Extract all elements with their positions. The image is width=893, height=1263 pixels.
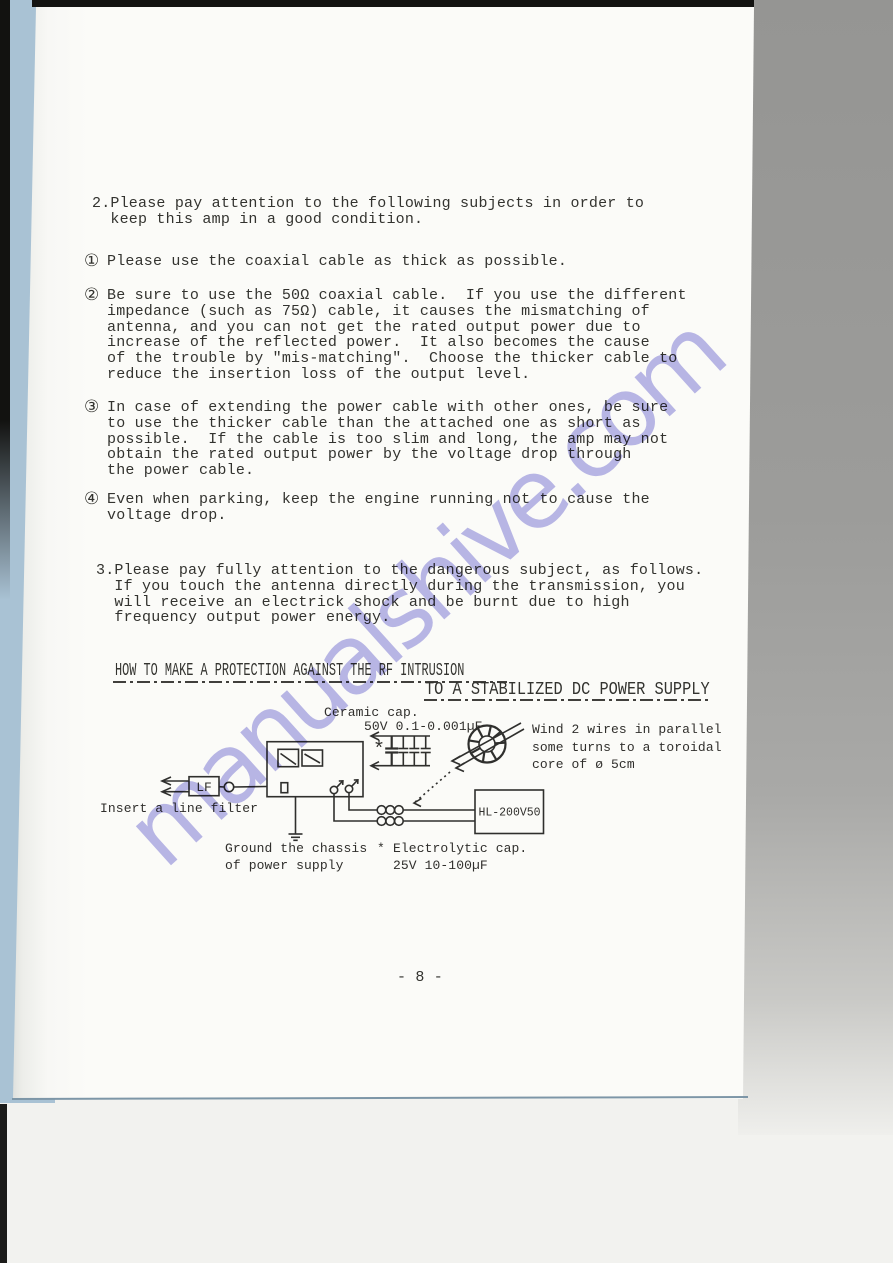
list-item-3: ③ In case of extending the power cable w… [84,400,668,479]
list-item-2-text: Be sure to use the 50Ω coaxial cable. If… [107,288,687,383]
power-supply-box [267,742,363,797]
page-number: - 8 - [397,970,443,986]
connector-icon [219,782,267,791]
list-item-1: ① Please use the coaxial cable as thick … [84,254,567,270]
amplifier-box: HL-200V50 [475,790,544,834]
circled-number-3: ③ [84,399,107,415]
lf-label: LF [196,780,212,795]
circled-number-2: ② [84,287,107,303]
section-3-text: Please pay fully attention to the danger… [114,563,703,626]
terminal-icon [345,780,358,793]
coil-icon [395,817,404,826]
list-item-4: ④ Even when parking, keep the engine run… [84,492,650,524]
ground-label: Ground the chassis of power supply [225,841,367,874]
terminal-icon [330,781,343,794]
list-item-1-text: Please use the coaxial cable as thick as… [107,254,567,270]
circled-number-1: ① [84,253,107,269]
pointer-line [414,772,450,807]
line-filter-box: LF [189,777,219,796]
list-item-3-text: In case of extending the power cable wit… [107,400,668,479]
scan-left-shadow [0,0,10,600]
ground-icon [289,797,303,841]
page-paper [0,7,754,1099]
electrolytic-label: * Electrolytic cap. 25V 10-100µF [377,841,527,874]
power-switch-icon [281,783,288,793]
scanner-background [738,0,893,1135]
ceramic-cap-value: 50V 0.1-0.001µF [364,718,483,735]
antenna-arrows-icon [162,777,189,796]
electrolytic-star-marker: * [373,739,385,762]
list-item-2: ② Be sure to use the 50Ω coaxial cable. … [84,288,687,383]
capacitor-bank-icon: * [371,732,431,770]
electrolytic-star: * [377,841,393,858]
coil-icon [395,806,404,815]
list-item-4-text: Even when parking, keep the engine runni… [107,492,650,524]
scanned-manual-page: 2. Please pay attention to the following… [0,0,893,1263]
scan-bottom-left-shadow [0,1104,7,1263]
section-2-number: 2. [92,196,110,212]
section-3-number: 3. [96,563,114,579]
line-filter-label: Insert a line filter [100,800,258,817]
electrolytic-text: Electrolytic cap. 25V 10-100µF [393,841,527,874]
toroid-note: Wind 2 wires in parallel some turns to a… [532,721,722,774]
power-wires [334,793,475,826]
section-2: 2. Please pay attention to the following… [92,196,644,228]
section-2-text: Please pay attention to the following su… [110,196,644,228]
amp-label: HL-200V50 [478,807,540,820]
scan-top-shadow [32,0,754,7]
circled-number-4: ④ [84,491,107,507]
section-3: 3. Please pay fully attention to the dan… [96,563,703,626]
